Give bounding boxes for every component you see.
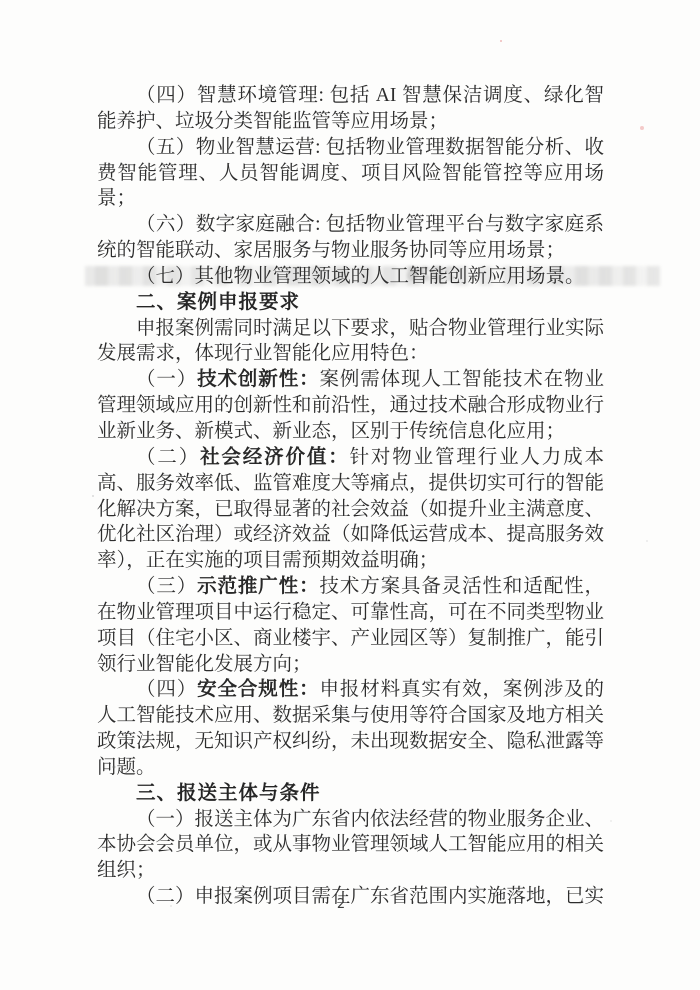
document-page: 2026 （四）智慧环境管理: 包括 AI 智慧保洁调度、绿化智能养护、垃圾分类… [0,0,700,990]
text-run: 申报案例需同时满足以下要求，贴合物业管理行业实际发展需求，体现行业智能化应用特色… [97,318,604,365]
section-heading: 二、案例申报要求 [97,290,604,316]
paragraph: （六）数字家庭融合: 包括物业管理平台与数字家庭系统的智能联动、家居服务与物业服… [97,212,604,264]
paragraph: （三）示范推广性：技术方案具备灵活性和适配性，在物业管理项目中运行稳定、可靠性高… [97,574,604,677]
text-run: （一）报送主体为广东省内依法经营的物业服务企业、本协会会员单位，或从事物业管理领… [97,809,604,882]
text-run: （六）数字家庭融合: 包括物业管理平台与数字家庭系统的智能联动、家居服务与物业服… [97,214,604,261]
criterion-label: 安全合规性： [197,678,319,700]
criterion-label: 技术创新性： [197,368,319,390]
text-run: （五）物业智慧运营: 包括物业管理数据智能分析、收费智能管理、人员智能调度、项目… [97,137,604,210]
criterion-label: 示范推广性： [197,575,319,597]
paragraph: （二）社会经济价值：针对物业管理行业人力成本高、服务效率低、监管难度大等痛点，提… [97,445,604,574]
text-run: （一） [136,369,197,390]
scan-noise [0,0,2,2]
text-run: （七）其他物业管理领域的人工智能创新应用场景。 [136,266,585,287]
paragraph: （一）技术创新性：案例需体现人工智能技术在物业管理领域应用的创新性和前沿性，通过… [97,367,604,445]
document-body: （四）智慧环境管理: 包括 AI 智慧保洁调度、绿化智能养护、垃圾分类智能监管等… [97,83,604,910]
text-run: （四）智慧环境管理: 包括 AI 智慧保洁调度、绿化智能养护、垃圾分类智能监管等… [97,85,604,132]
paragraph: （四）安全合规性：申报材料真实有效，案例涉及的人工智能技术应用、数据采集与使用等… [97,677,604,780]
paragraph: （七）其他物业管理领域的人工智能创新应用场景。 [97,264,604,290]
text-run: 二、案例申报要求 [136,291,300,313]
text-run: 三、报送主体与条件 [136,782,321,804]
criterion-label: 社会经济价值： [200,446,350,468]
paragraph: （一）报送主体为广东省内依法经营的物业服务企业、本协会会员单位，或从事物业管理领… [97,807,604,885]
text-run: （四） [136,679,197,700]
text-run: （三） [136,576,197,597]
section-heading: 三、报送主体与条件 [97,781,604,807]
page-number: 2 [0,897,682,912]
text-run: （二） [136,447,200,468]
paragraph: （五）物业智慧运营: 包括物业管理数据智能分析、收费智能管理、人员智能调度、项目… [97,135,604,213]
paragraph: （四）智慧环境管理: 包括 AI 智慧保洁调度、绿化智能养护、垃圾分类智能监管等… [97,83,604,135]
paragraph: 申报案例需同时满足以下要求，贴合物业管理行业实际发展需求，体现行业智能化应用特色… [97,316,604,368]
